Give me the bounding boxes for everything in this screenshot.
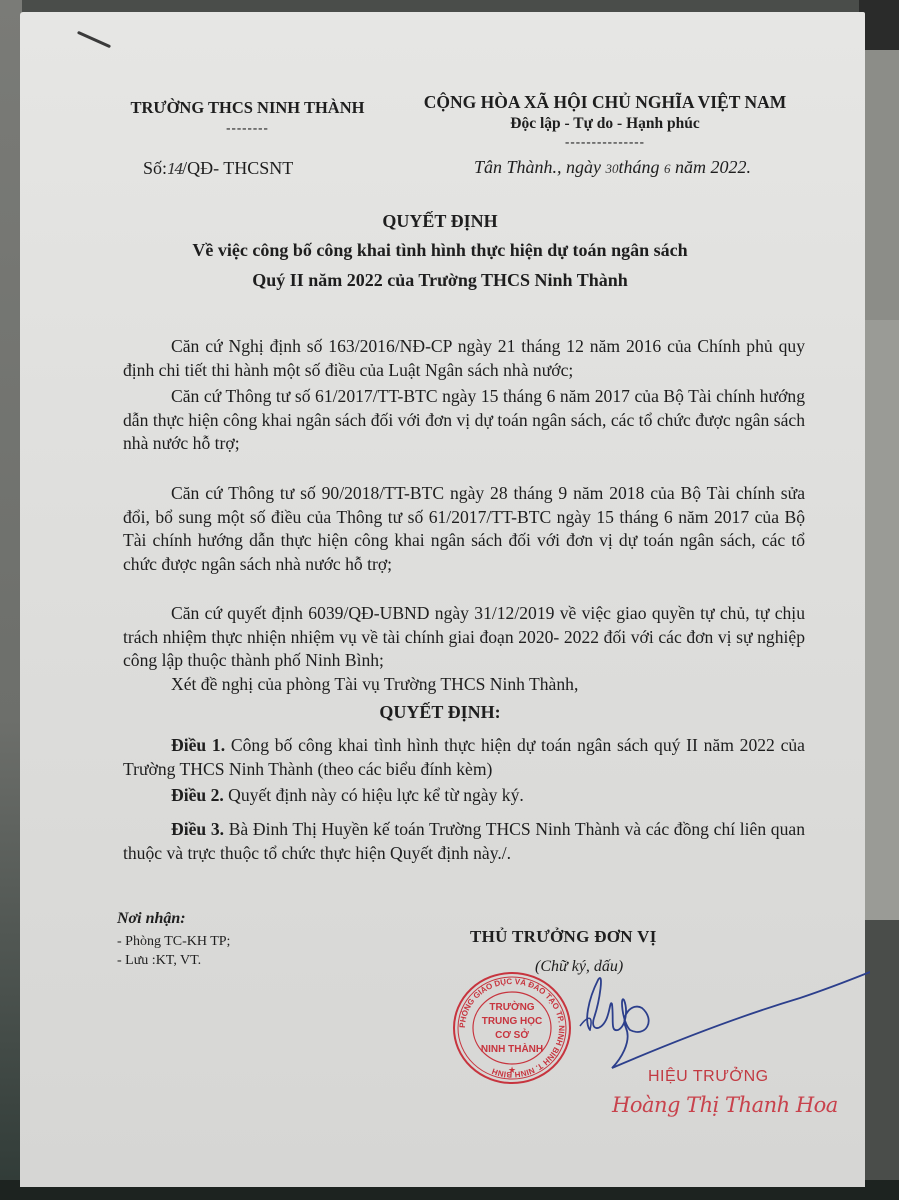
- document-subject-line-2: Quý II năm 2022 của Trường THCS Ninh Thà…: [120, 270, 760, 291]
- national-title: CỘNG HÒA XÃ HỘI CHỦ NGHĨA VIỆT NAM: [410, 92, 800, 113]
- recipient-item: - Phòng TC-KH TP;: [117, 932, 230, 951]
- article-3: Điều 3. Bà Đinh Thị Huyền kế toán Trường…: [123, 818, 805, 865]
- document-title: QUYẾT ĐỊNH: [150, 211, 730, 232]
- date-month-label: tháng: [619, 157, 665, 177]
- recipients-list: - Phòng TC-KH TP; - Lưu :KT, VT.: [117, 932, 230, 970]
- svg-text:★: ★: [508, 1065, 516, 1075]
- preamble-paragraph: Xét đề nghị của phòng Tài vụ Trường THCS…: [123, 673, 805, 697]
- document-number: Số:14/QĐ- THCSNT: [143, 158, 293, 179]
- preamble-text: Xét đề nghị của phòng Tài vụ Trường THCS…: [123, 673, 805, 697]
- preamble-text: Căn cứ Nghị định số 163/2016/NĐ-CP ngày …: [123, 335, 805, 382]
- national-motto: Độc lập - Tự do - Hạnh phúc: [410, 115, 800, 133]
- article-label: Điều 2.: [171, 785, 224, 805]
- decision-heading: QUYẾT ĐỊNH:: [150, 702, 730, 723]
- svg-text:CƠ SỞ: CƠ SỞ: [495, 1028, 529, 1041]
- doc-number-handwritten: 14: [167, 160, 182, 178]
- pen-mark: [77, 31, 111, 48]
- handwritten-signature: [560, 960, 870, 1070]
- doc-number-suffix: /QĐ- THCSNT: [182, 158, 293, 178]
- article-text: Bà Đinh Thị Huyền kế toán Trường THCS Ni…: [123, 819, 805, 863]
- article-text: Công bố công khai tình hình thực hiện dự…: [123, 735, 805, 779]
- svg-text:NINH THÀNH: NINH THÀNH: [481, 1042, 543, 1055]
- article-label: Điều 3.: [171, 819, 224, 839]
- issue-date: Tân Thành., ngày 30tháng 6 năm 2022.: [474, 157, 751, 178]
- official-stamp: PHÒNG GIÁO DỤC VÀ ĐÀO TẠO TP. NINH BÌNH …: [450, 970, 574, 1086]
- background-right: [859, 50, 899, 320]
- doc-number-prefix: Số:: [143, 158, 167, 178]
- preamble-text: Căn cứ Thông tư số 61/2017/TT-BTC ngày 1…: [123, 385, 805, 456]
- preamble-text: Căn cứ quyết định 6039/QĐ-UBND ngày 31/1…: [123, 602, 805, 673]
- preamble-paragraph: Căn cứ Nghị định số 163/2016/NĐ-CP ngày …: [123, 335, 805, 382]
- signer-name: Hoàng Thị Thanh Hoa: [612, 1093, 838, 1117]
- svg-text:TRƯỜNG: TRƯỜNG: [489, 1000, 534, 1013]
- organization-separator: --------: [125, 120, 370, 136]
- signature-block-title: THỦ TRƯỞNG ĐƠN VỊ: [470, 927, 657, 947]
- preamble-paragraph: Căn cứ Thông tư số 61/2017/TT-BTC ngày 1…: [123, 385, 805, 456]
- article-2: Điều 2. Quyết định này có hiệu lực kể từ…: [123, 784, 805, 808]
- recipient-item: - Lưu :KT, VT.: [117, 951, 230, 970]
- background-top-right: [859, 0, 899, 50]
- document-subject-line-1: Về việc công bố công khai tình hình thực…: [120, 240, 760, 261]
- article-1: Điều 1. Công bố công khai tình hình thực…: [123, 734, 805, 781]
- background-left: [0, 0, 22, 1200]
- svg-text:TRUNG HỌC: TRUNG HỌC: [482, 1016, 543, 1027]
- preamble-paragraph: Căn cứ quyết định 6039/QĐ-UBND ngày 31/1…: [123, 602, 805, 673]
- date-day-handwritten: 30: [606, 161, 619, 176]
- preamble-paragraph: Căn cứ Thông tư số 90/2018/TT-BTC ngày 2…: [123, 482, 805, 576]
- date-place: Tân Thành., ngày: [474, 157, 606, 177]
- preamble-text: Căn cứ Thông tư số 90/2018/TT-BTC ngày 2…: [123, 482, 805, 576]
- signer-position: HIỆU TRƯỞNG: [648, 1068, 769, 1086]
- article-label: Điều 1.: [171, 735, 225, 755]
- organization-name: TRƯỜNG THCS NINH THÀNH: [125, 98, 370, 118]
- article-text: Quyết định này có hiệu lực kể từ ngày ký…: [224, 785, 524, 805]
- recipients-title: Nơi nhận:: [117, 910, 186, 928]
- motto-separator: ---------------: [410, 134, 800, 150]
- background-right-lower: [859, 320, 899, 920]
- date-year: năm 2022.: [671, 157, 752, 177]
